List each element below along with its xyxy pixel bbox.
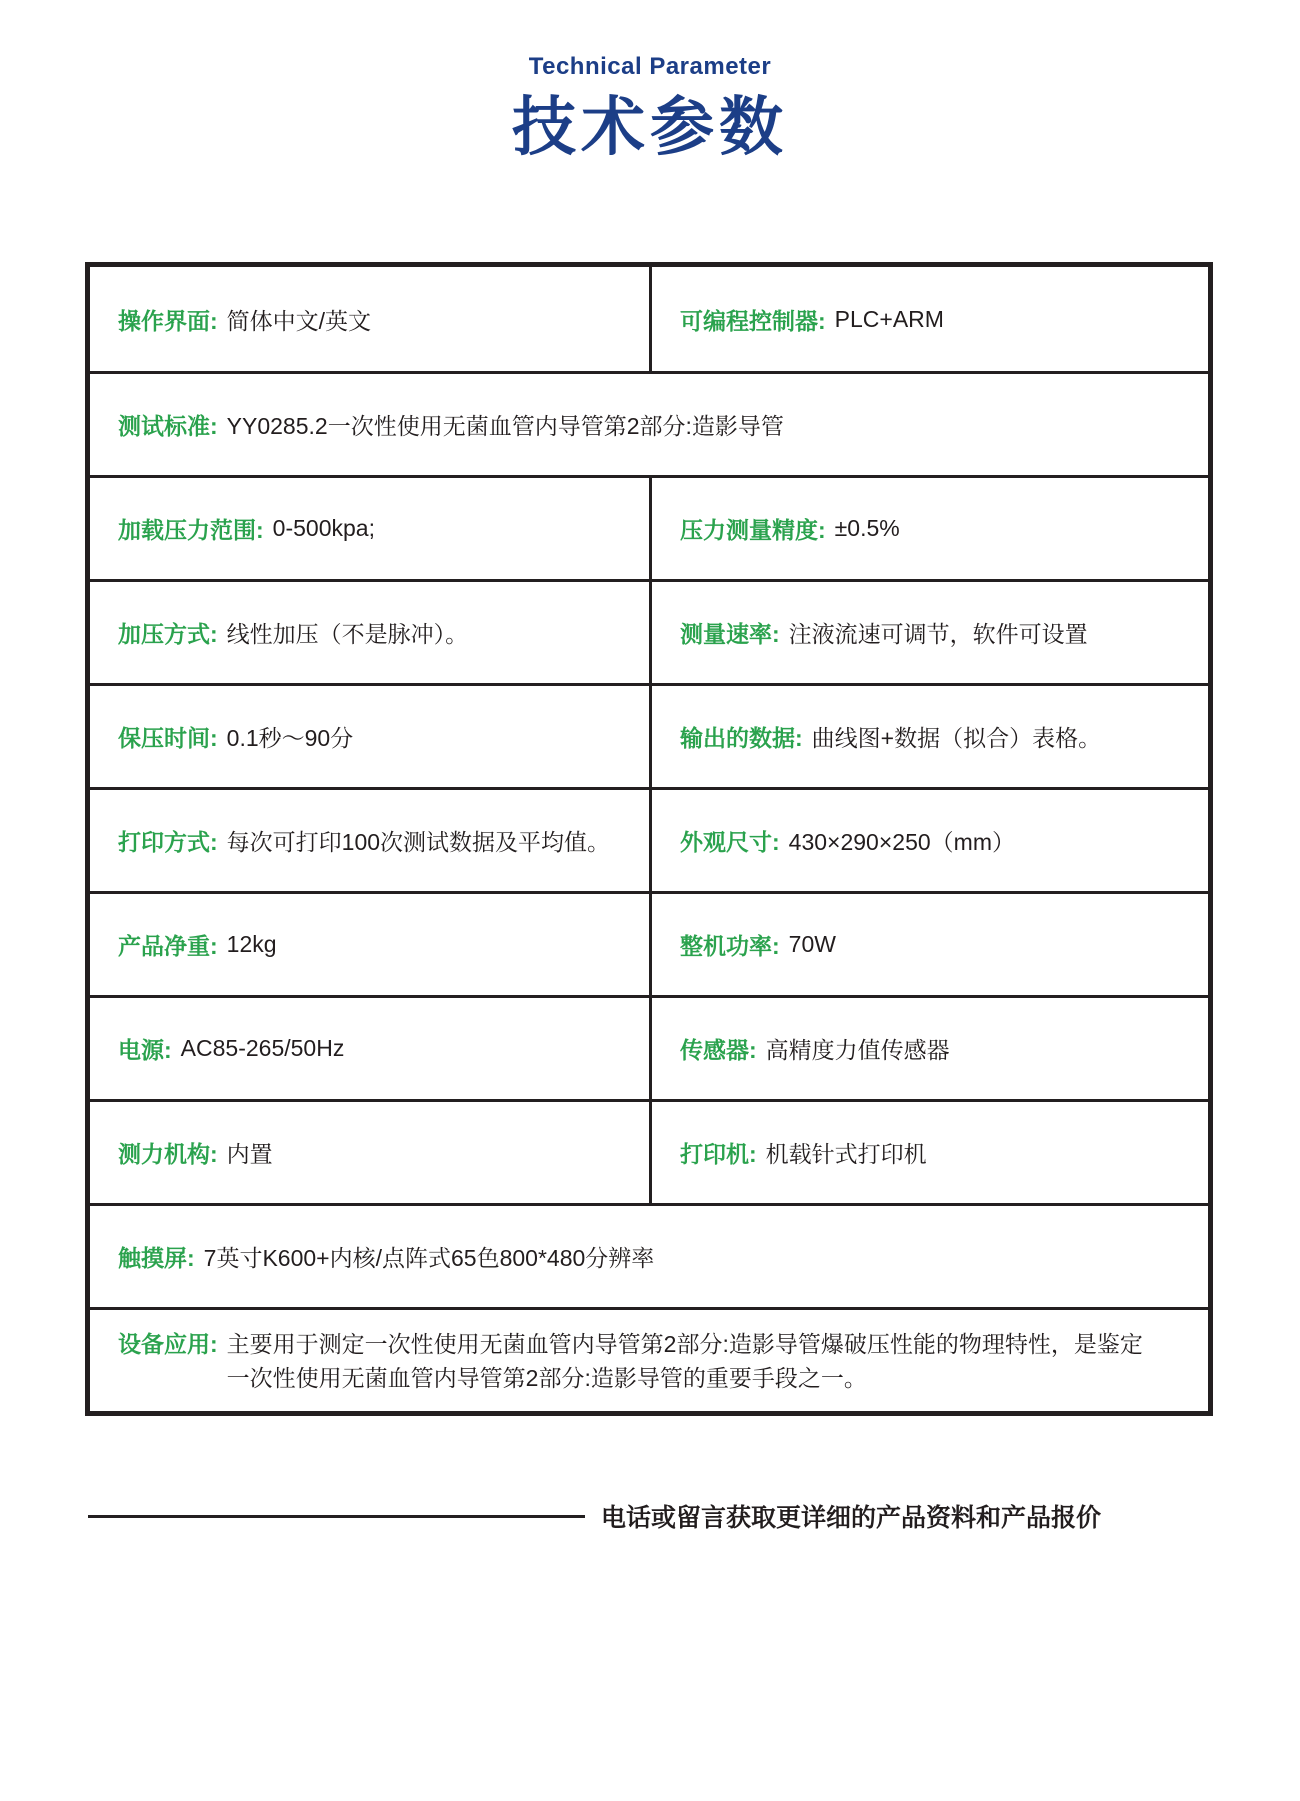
spec-cell: 电源: AC85-265/50Hz <box>90 998 652 1099</box>
spec-label: 操作界面: <box>118 303 218 336</box>
spec-cell: 测试标准: YY0285.2一次性使用无菌血管内导管第2部分:造影导管 <box>90 374 1208 475</box>
spec-value: PLC+ARM <box>835 306 944 333</box>
spec-value: 机载针式打印机 <box>766 1136 927 1169</box>
spec-table: 操作界面: 简体中文/英文 可编程控制器: PLC+ARM 测试标准: YY02… <box>85 262 1213 1416</box>
spec-value: 70W <box>789 931 836 958</box>
spec-cell: 设备应用: 主要用于测定一次性使用无菌血管内导管第2部分:造影导管爆破压性能的物… <box>90 1310 1208 1411</box>
spec-cell: 产品净重: 12kg <box>90 894 652 995</box>
spec-label: 加载压力范围: <box>118 512 264 545</box>
spec-value: 7英寸K600+内核/点阵式65色800*480分辨率 <box>204 1240 655 1273</box>
spec-label: 打印机: <box>680 1136 757 1169</box>
spec-label: 保压时间: <box>118 720 218 753</box>
spec-value: 430×290×250（mm） <box>789 824 1015 857</box>
spec-cell: 整机功率: 70W <box>652 894 1208 995</box>
subtitle-english: Technical Parameter <box>0 52 1300 82</box>
spec-value: AC85-265/50Hz <box>181 1035 345 1062</box>
table-row: 电源: AC85-265/50Hz 传感器: 高精度力值传感器 <box>90 995 1208 1099</box>
spec-cell: 可编程控制器: PLC+ARM <box>652 267 1208 371</box>
footer: 电话或留言获取更详细的产品资料和产品报价 <box>88 1496 1213 1536</box>
spec-label: 触摸屏: <box>118 1240 195 1273</box>
spec-label: 设备应用: <box>118 1327 218 1361</box>
spec-cell: 外观尺寸: 430×290×250（mm） <box>652 790 1208 891</box>
spec-label: 整机功率: <box>680 928 780 961</box>
spec-label: 测试标准: <box>118 408 218 441</box>
spec-cell: 打印方式: 每次可打印100次测试数据及平均值。 <box>90 790 652 891</box>
spec-label: 输出的数据: <box>680 720 803 753</box>
table-row: 设备应用: 主要用于测定一次性使用无菌血管内导管第2部分:造影导管爆破压性能的物… <box>90 1307 1208 1411</box>
footer-contact-note: 电话或留言获取更详细的产品资料和产品报价 <box>601 1498 1101 1534</box>
spec-label: 外观尺寸: <box>680 824 780 857</box>
spec-value: 0.1秒～90分 <box>227 720 354 753</box>
spec-cell: 输出的数据: 曲线图+数据（拟合）表格。 <box>652 686 1208 787</box>
table-row: 触摸屏: 7英寸K600+内核/点阵式65色800*480分辨率 <box>90 1203 1208 1307</box>
spec-value: 注液流速可调节，软件可设置 <box>789 616 1088 649</box>
table-row: 测力机构: 内置 打印机: 机载针式打印机 <box>90 1099 1208 1203</box>
spec-cell: 加压方式: 线性加压（不是脉冲）。 <box>90 582 652 683</box>
page-header: Technical Parameter 技术参数 <box>0 52 1300 166</box>
spec-cell: 操作界面: 简体中文/英文 <box>90 267 652 371</box>
spec-label: 加压方式: <box>118 616 218 649</box>
spec-label: 传感器: <box>680 1032 757 1065</box>
spec-cell: 加载压力范围: 0-500kpa; <box>90 478 652 579</box>
table-row: 加压方式: 线性加压（不是脉冲）。 测量速率: 注液流速可调节，软件可设置 <box>90 579 1208 683</box>
spec-label: 可编程控制器: <box>680 303 826 336</box>
spec-sheet-page: Technical Parameter 技术参数 操作界面: 简体中文/英文 可… <box>0 0 1300 1801</box>
spec-value: 高精度力值传感器 <box>766 1032 950 1065</box>
table-row: 保压时间: 0.1秒～90分 输出的数据: 曲线图+数据（拟合）表格。 <box>90 683 1208 787</box>
table-row: 产品净重: 12kg 整机功率: 70W <box>90 891 1208 995</box>
spec-value: 每次可打印100次测试数据及平均值。 <box>227 824 610 857</box>
spec-label: 测量速率: <box>680 616 780 649</box>
spec-label: 产品净重: <box>118 928 218 961</box>
spec-cell: 测力机构: 内置 <box>90 1102 652 1203</box>
table-row: 打印方式: 每次可打印100次测试数据及平均值。 外观尺寸: 430×290×2… <box>90 787 1208 891</box>
spec-label: 电源: <box>118 1032 172 1065</box>
spec-value: YY0285.2一次性使用无菌血管内导管第2部分:造影导管 <box>227 408 784 441</box>
spec-value: 0-500kpa; <box>273 515 375 542</box>
spec-value: 曲线图+数据（拟合）表格。 <box>812 720 1101 753</box>
spec-cell: 打印机: 机载针式打印机 <box>652 1102 1208 1203</box>
spec-cell: 传感器: 高精度力值传感器 <box>652 998 1208 1099</box>
footer-divider-line <box>88 1515 585 1518</box>
spec-cell: 压力测量精度: ±0.5% <box>652 478 1208 579</box>
page-title: 技术参数 <box>0 88 1300 166</box>
table-row: 加载压力范围: 0-500kpa; 压力测量精度: ±0.5% <box>90 475 1208 579</box>
table-row: 操作界面: 简体中文/英文 可编程控制器: PLC+ARM <box>90 267 1208 371</box>
table-row: 测试标准: YY0285.2一次性使用无菌血管内导管第2部分:造影导管 <box>90 371 1208 475</box>
spec-cell: 测量速率: 注液流速可调节，软件可设置 <box>652 582 1208 683</box>
spec-value: 内置 <box>227 1136 273 1169</box>
spec-label: 压力测量精度: <box>680 512 826 545</box>
spec-label: 打印方式: <box>118 824 218 857</box>
spec-cell: 保压时间: 0.1秒～90分 <box>90 686 652 787</box>
spec-value: ±0.5% <box>835 515 900 542</box>
spec-value: 简体中文/英文 <box>227 303 371 336</box>
spec-value: 主要用于测定一次性使用无菌血管内导管第2部分:造影导管爆破压性能的物理特性，是鉴… <box>227 1327 1192 1395</box>
spec-value: 线性加压（不是脉冲）。 <box>227 616 469 649</box>
spec-value: 12kg <box>227 931 277 958</box>
spec-cell: 触摸屏: 7英寸K600+内核/点阵式65色800*480分辨率 <box>90 1206 1208 1307</box>
spec-label: 测力机构: <box>118 1136 218 1169</box>
